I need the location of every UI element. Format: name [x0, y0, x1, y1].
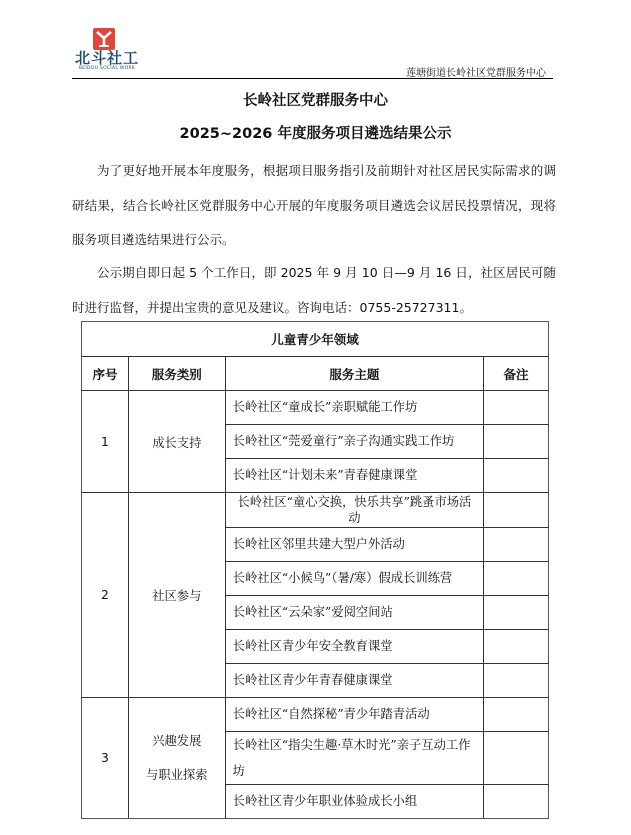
- service-topic: 长岭社区“莞爱童行”亲子沟通实践工作坊: [225, 425, 483, 459]
- header-divider: [72, 78, 553, 79]
- table-header-row: 序号 服务类别 服务主题 备注: [82, 357, 549, 391]
- group-index: 3: [82, 698, 129, 819]
- column-header-index: 序号: [82, 357, 129, 391]
- service-topic: 长岭社区“童心交换，快乐共享”跳蚤市场活动: [225, 493, 483, 528]
- table-row: 3 兴趣发展 与职业探索 长岭社区“自然探秘”青少年踏青活动: [82, 698, 549, 732]
- note-cell: [484, 493, 549, 528]
- note-cell: [484, 785, 549, 819]
- note-cell: [484, 664, 549, 698]
- note-cell: [484, 698, 549, 732]
- table-row: 2 社区参与 长岭社区“童心交换，快乐共享”跳蚤市场活动: [82, 493, 549, 528]
- table-row: 1 成长支持 长岭社区“童成长”亲职赋能工作坊: [82, 391, 549, 425]
- header-organization: 莲塘街道长岭社区党群服务中心: [406, 64, 546, 79]
- service-topic: 长岭社区“指尖生趣·草木时光”亲子互动工作坊: [225, 732, 483, 785]
- column-header-note: 备注: [484, 357, 549, 391]
- service-topic: 长岭社区青少年安全教育课堂: [225, 630, 483, 664]
- note-cell: [484, 391, 549, 425]
- service-topic: 长岭社区青少年职业体验成长小组: [225, 785, 483, 819]
- service-topic: 长岭社区“计划未来”青春健康课堂: [225, 459, 483, 493]
- note-cell: [484, 596, 549, 630]
- column-header-topic: 服务主题: [225, 357, 483, 391]
- group-category: 社区参与: [128, 493, 225, 698]
- service-topic: 长岭社区“小候鸟”（暑/寒）假成长训练营: [225, 562, 483, 596]
- intro-paragraph: 为了更好地开展本年度服务，根据项目服务指引及前期针对社区居民实际需求的调研结果，…: [72, 154, 556, 258]
- service-topic: 长岭社区青少年青春健康课堂: [225, 664, 483, 698]
- notice-paragraph: 公示期自即日起 5 个工作日，即 2025 年 9 月 10 日—9 月 16 …: [72, 256, 556, 325]
- group-category: 兴趣发展 与职业探索: [128, 698, 225, 819]
- results-table: 儿童青少年领域 序号 服务类别 服务主题 备注 1 成长支持 长岭社区“童成长”…: [81, 321, 549, 819]
- logo-name-cn: 北斗社工: [72, 50, 142, 66]
- section-title: 儿童青少年领域: [82, 322, 549, 357]
- group-category-line: 兴趣发展: [129, 724, 225, 758]
- note-cell: [484, 459, 549, 493]
- logo-name-en: BEIDOU SOCIAL WORK: [72, 66, 142, 72]
- note-cell: [484, 562, 549, 596]
- group-index: 1: [82, 391, 129, 493]
- group-category-line: 与职业探索: [129, 758, 225, 792]
- group-index: 2: [82, 493, 129, 698]
- note-cell: [484, 630, 549, 664]
- service-topic: 长岭社区“童成长”亲职赋能工作坊: [225, 391, 483, 425]
- note-cell: [484, 425, 549, 459]
- note-cell: [484, 528, 549, 562]
- service-topic: 长岭社区“云朵家”爱阅空间站: [225, 596, 483, 630]
- column-header-category: 服务类别: [128, 357, 225, 391]
- document-title: 长岭社区党群服务中心: [0, 89, 631, 110]
- note-cell: [484, 732, 549, 785]
- group-category: 成长支持: [128, 391, 225, 493]
- beidou-social-work-logo-icon: [93, 28, 115, 50]
- document-subtitle: 2025~2026 年度服务项目遴选结果公示: [0, 122, 631, 143]
- section-title-row: 儿童青少年领域: [82, 322, 549, 357]
- logo: 北斗社工 BEIDOU SOCIAL WORK: [72, 28, 142, 76]
- service-topic: 长岭社区“自然探秘”青少年踏青活动: [225, 698, 483, 732]
- service-topic: 长岭社区邻里共建大型户外活动: [225, 528, 483, 562]
